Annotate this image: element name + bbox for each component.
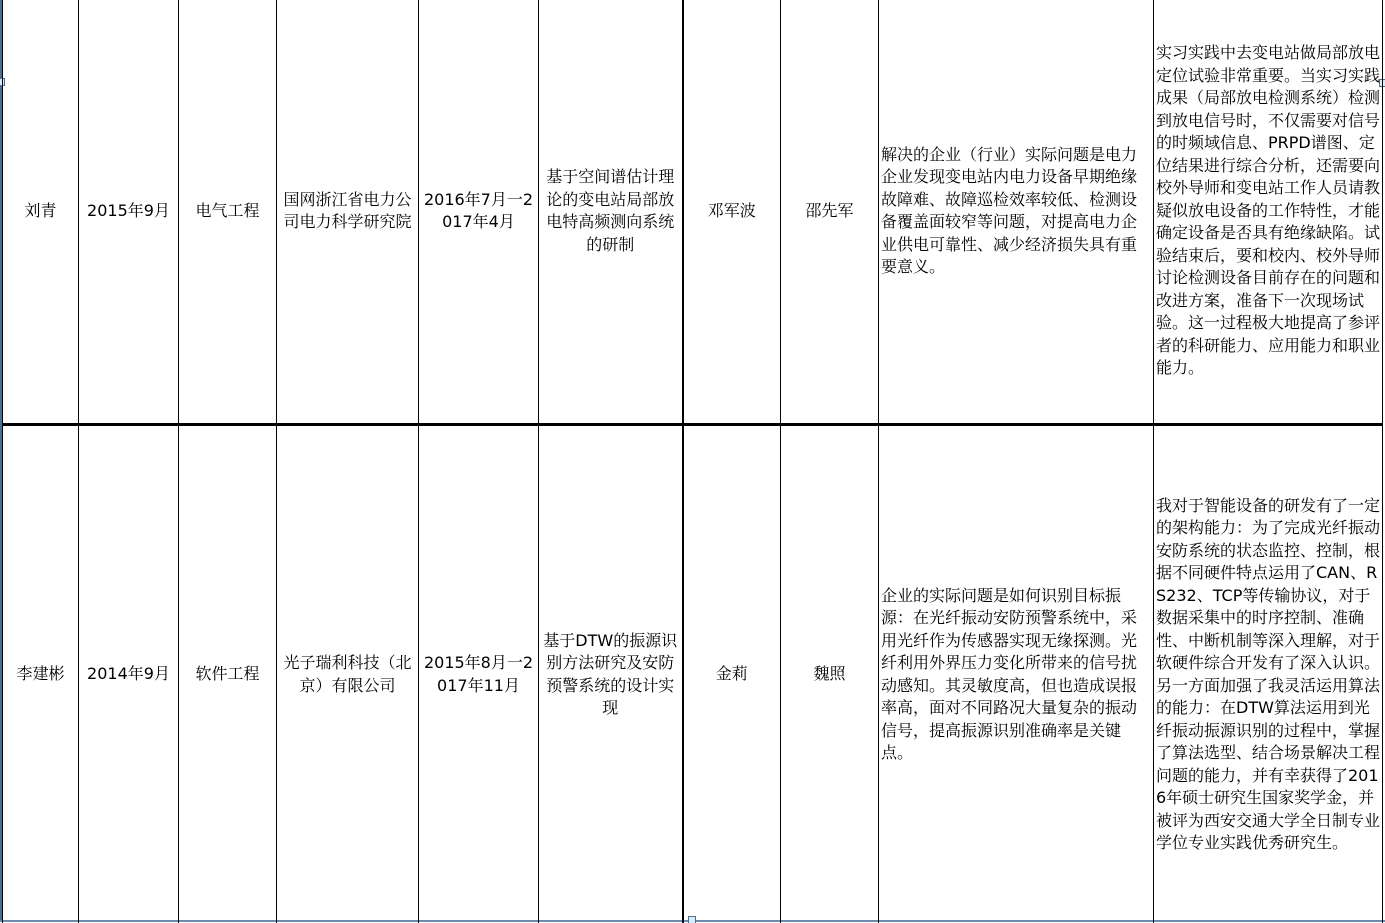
problem-solved: 企业的实际问题是如何识别目标振源：在光纤振动安防预警系统中，采用光纤作为传感器实… bbox=[879, 425, 1154, 923]
major: 软件工程 bbox=[179, 425, 277, 923]
internship-table: 刘青 2015年9月 电气工程 国网浙江省电力公司电力科学研究院 2016年7月… bbox=[2, 0, 1383, 923]
internship-period: 2016年7月一2017年4月 bbox=[419, 0, 539, 425]
internship-period: 2015年8月一2017年11月 bbox=[419, 425, 539, 923]
project-title: 基于空间谱估计理论的变电站局部放电特高频测向系统的研制 bbox=[539, 0, 683, 425]
table-row: 刘青 2015年9月 电气工程 国网浙江省电力公司电力科学研究院 2016年7月… bbox=[3, 0, 1383, 425]
school-advisor: 金莉 bbox=[683, 425, 781, 923]
school-advisor: 邓军波 bbox=[683, 0, 781, 425]
major: 电气工程 bbox=[179, 0, 277, 425]
company: 光子瑞利科技（北京）有限公司 bbox=[277, 425, 419, 923]
company-advisor: 魏照 bbox=[781, 425, 879, 923]
table-row: 李建彬 2014年9月 软件工程 光子瑞利科技（北京）有限公司 2015年8月一… bbox=[3, 425, 1383, 923]
company: 国网浙江省电力公司电力科学研究院 bbox=[277, 0, 419, 425]
project-title: 基于DTW的振源识别方法研究及安防预警系统的设计实现 bbox=[539, 425, 683, 923]
student-name: 刘青 bbox=[3, 0, 79, 425]
company-advisor: 邵先军 bbox=[781, 0, 879, 425]
enrollment-date: 2014年9月 bbox=[79, 425, 179, 923]
problem-solved: 解决的企业（行业）实际问题是电力企业发现变电站内电力设备早期绝缘故障难、故障巡检… bbox=[879, 0, 1154, 425]
enrollment-date: 2015年9月 bbox=[79, 0, 179, 425]
student-name: 李建彬 bbox=[3, 425, 79, 923]
practice-outcome: 实习实践中去变电站做局部放电定位试验非常重要。当实习实践成果（局部放电检测系统）… bbox=[1154, 0, 1383, 425]
practice-outcome: 我对于智能设备的研发有了一定的架构能力：为了完成光纤振动安防系统的状态监控、控制… bbox=[1154, 425, 1383, 923]
